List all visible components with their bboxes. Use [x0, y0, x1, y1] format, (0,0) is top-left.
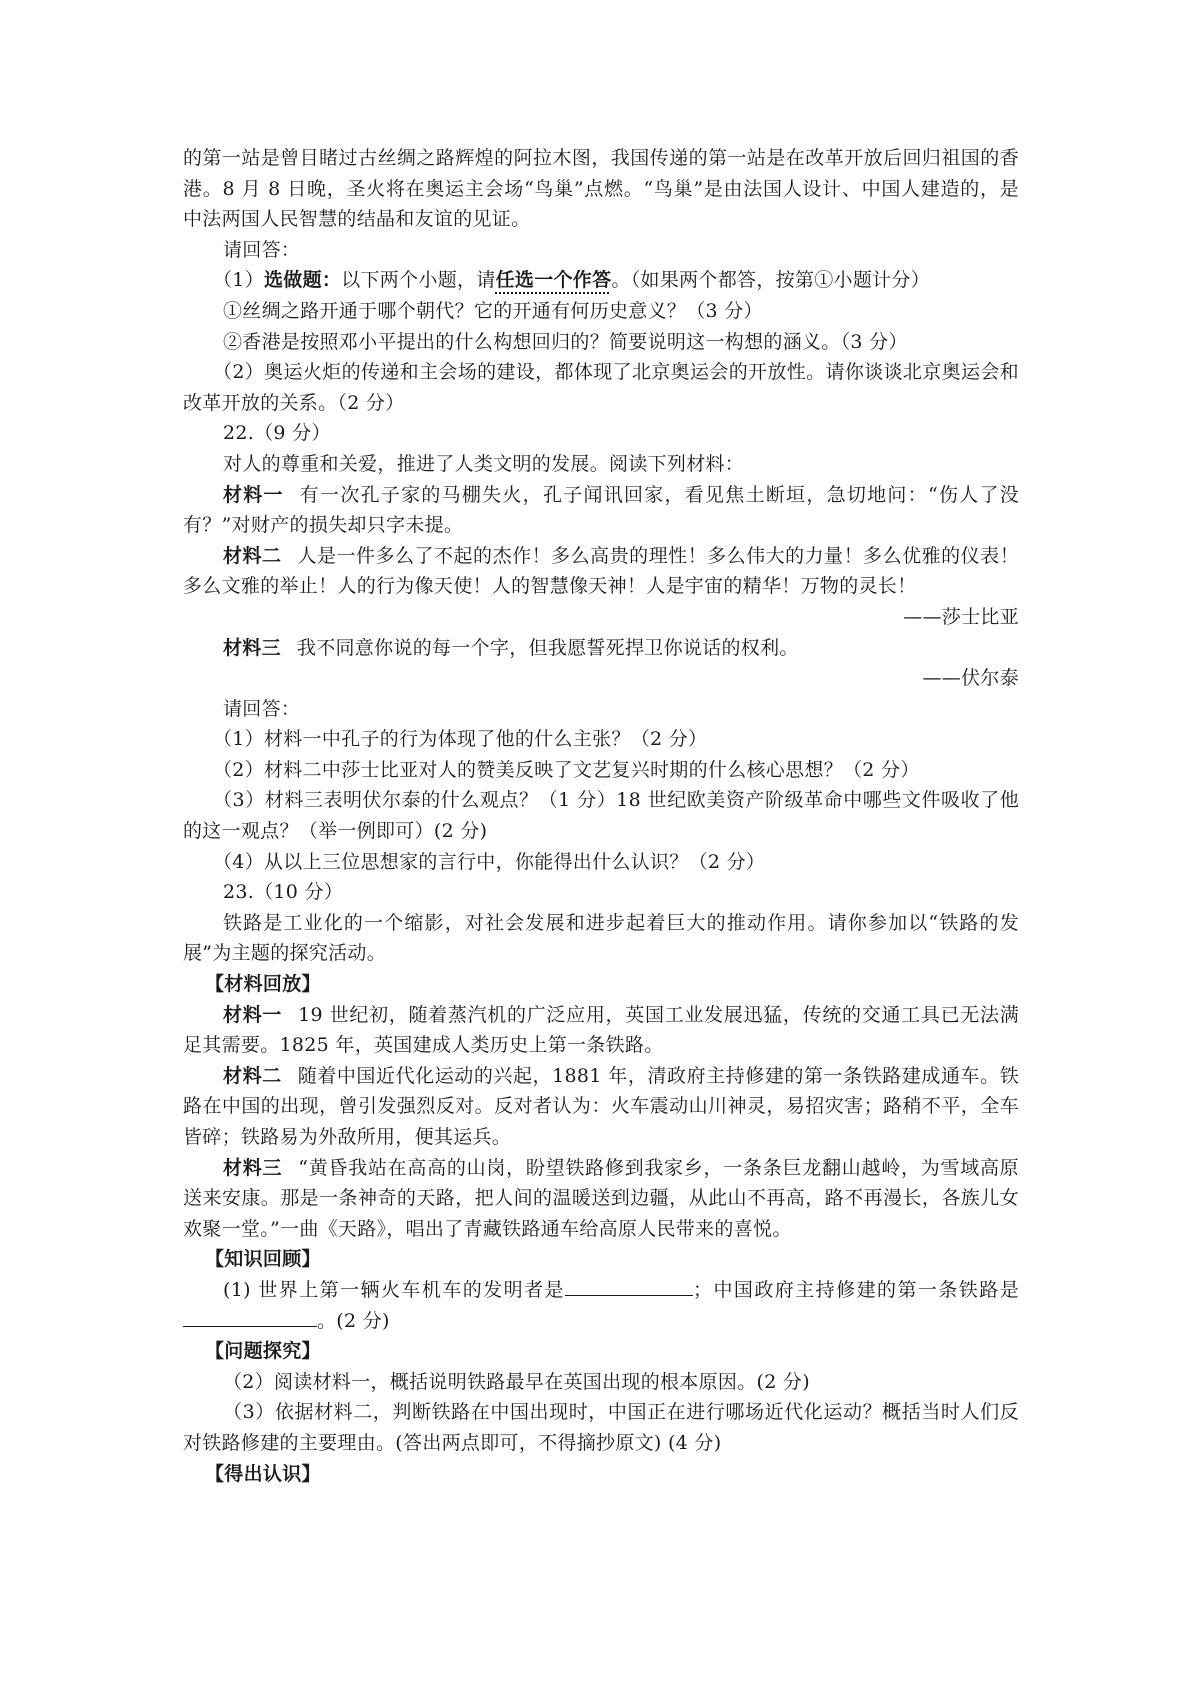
q23-material-1-text: 19 世纪初，随着蒸汽机的广泛应用，英国工业发展迅猛，传统的交通工具已无法满足其… [183, 1004, 1019, 1057]
q23-material-2: 材料二随着中国近代化运动的兴起，1881 年，清政府主持修建的第一条铁路建成通车… [183, 1061, 1019, 1153]
q22-intro: 对人的尊重和关爱，推进了人类文明的发展。阅读下列材料： [183, 449, 1019, 480]
q22-prompt: 请回答： [183, 694, 1019, 725]
q23-section-materials: 【材料回放】 [183, 969, 1019, 1000]
q22-material-3-attribution: ——伏尔泰 [183, 663, 1019, 694]
q22-material-1-label: 材料一 [223, 484, 284, 506]
q21-q1-text-after: 。（如果两个都答，按第①小题计分） [611, 269, 930, 291]
q23-material-3-label: 材料三 [223, 1157, 282, 1179]
q21-q1-emphasized-text: 任选一个作答 [496, 269, 612, 291]
q23-q1-part1: (1) 世界上第一辆火车机车的发明者是 [223, 1279, 565, 1301]
q23-q1-part2: ；中国政府主持修建的第一条铁路是 [693, 1279, 1019, 1301]
q22-question-2: （2）材料二中莎士比亚对人的赞美反映了文艺复兴时期的什么核心思想？（2 分） [183, 755, 1019, 786]
q21-subquestion-2: （2）奥运火炬的传递和主会场的建设，都体现了北京奥运会的开放性。请你谈谈北京奥运… [183, 357, 1019, 418]
q23-section-knowledge: 【知识回顾】 [183, 1244, 1019, 1275]
q22-question-1: （1）材料一中孔子的行为体现了他的什么主张？（2 分） [183, 724, 1019, 755]
q23-q1-part3: 。(2 分) [317, 1310, 390, 1332]
q23-q1-blank-inventor[interactable] [565, 1275, 693, 1296]
q23-material-2-text: 随着中国近代化运动的兴起，1881 年，清政府主持修建的第一条铁路建成通车。铁路… [183, 1065, 1019, 1148]
q21-prompt: 请回答： [183, 235, 1019, 266]
q23-question-1: (1) 世界上第一辆火车机车的发明者是；中国政府主持修建的第一条铁路是。(2 分… [183, 1275, 1019, 1336]
q22-material-1-text: 有一次孔子家的马棚失火，孔子闻讯回家，看见焦土断垣，急切地问：“伤人了没有？”对… [183, 484, 1019, 537]
q21-intro-paragraph: 的第一站是曾目睹过古丝绸之路辉煌的阿拉木图，我国传递的第一站是在改革开放后回归祖… [183, 143, 1019, 235]
exam-page: 的第一站是曾目睹过古丝绸之路辉煌的阿拉木图，我国传递的第一站是在改革开放后回归祖… [183, 143, 1019, 1489]
q22-material-3-text: 我不同意你说的每一个字，但我愿誓死捍卫你说话的权利。 [297, 637, 799, 659]
q22-header: 22.（9 分） [183, 418, 1019, 449]
q23-material-1-label: 材料一 [223, 1004, 282, 1026]
q23-q1-blank-first-railway[interactable] [183, 1306, 317, 1327]
q21-q1-text-before: 以下两个小题，请 [341, 269, 495, 291]
q22-question-4: （4）从以上三位思想家的言行中，你能得出什么认识？（2 分） [183, 847, 1019, 878]
q23-material-1: 材料一19 世纪初，随着蒸汽机的广泛应用，英国工业发展迅猛，传统的交通工具已无法… [183, 1000, 1019, 1061]
q22-material-3-label: 材料三 [223, 637, 281, 659]
q21-q1-elective-label: 选做题： [264, 269, 341, 291]
q23-material-3-text: “黄昏我站在高高的山岗，盼望铁路修到我家乡，一条条巨龙翻山越岭，为雪域高原送来安… [183, 1157, 1019, 1240]
q21-option-2: ②香港是按照邓小平提出的什么构想回归的？简要说明这一构想的涵义。（3 分） [183, 327, 1019, 358]
q22-question-3: （3）材料三表明伏尔泰的什么观点？（1 分）18 世纪欧美资产阶级革命中哪些文件… [183, 785, 1019, 846]
q21-subquestion-1: （1）选做题：以下两个小题，请任选一个作答。（如果两个都答，按第①小题计分） [183, 265, 1019, 296]
q23-question-2: （2）阅读材料一，概括说明铁路最早在英国出现的根本原因。(2 分) [183, 1367, 1019, 1398]
q22-material-3: 材料三我不同意你说的每一个字，但我愿誓死捍卫你说话的权利。 [183, 633, 1019, 664]
q23-section-conclusion: 【得出认识】 [183, 1459, 1019, 1490]
q21-q1-number: （1） [213, 269, 264, 291]
q23-header: 23.（10 分） [183, 877, 1019, 908]
q22-material-2-text: 人是一件多么了不起的杰作！多么高贵的理性！多么伟大的力量！多么优雅的仪表！多么文… [183, 545, 1019, 598]
q22-material-2-attribution: ——莎士比亚 [183, 602, 1019, 633]
q23-material-2-label: 材料二 [223, 1065, 282, 1087]
q21-option-1: ①丝绸之路开通于哪个朝代？它的开通有何历史意义？（3 分） [183, 296, 1019, 327]
q22-material-2-label: 材料二 [223, 545, 282, 567]
q22-material-1: 材料一有一次孔子家的马棚失火，孔子闻讯回家，看见焦土断垣，急切地问：“伤人了没有… [183, 480, 1019, 541]
q23-section-inquiry: 【问题探究】 [183, 1336, 1019, 1367]
q22-material-2: 材料二人是一件多么了不起的杰作！多么高贵的理性！多么伟大的力量！多么优雅的仪表！… [183, 541, 1019, 602]
q23-material-3: 材料三“黄昏我站在高高的山岗，盼望铁路修到我家乡，一条条巨龙翻山越岭，为雪域高原… [183, 1153, 1019, 1245]
q23-question-3: （3）依据材料二，判断铁路在中国出现时，中国正在进行哪场近代化运动？概括当时人们… [183, 1397, 1019, 1458]
q23-intro: 铁路是工业化的一个缩影，对社会发展和进步起着巨大的推动作用。请你参加以“铁路的发… [183, 908, 1019, 969]
